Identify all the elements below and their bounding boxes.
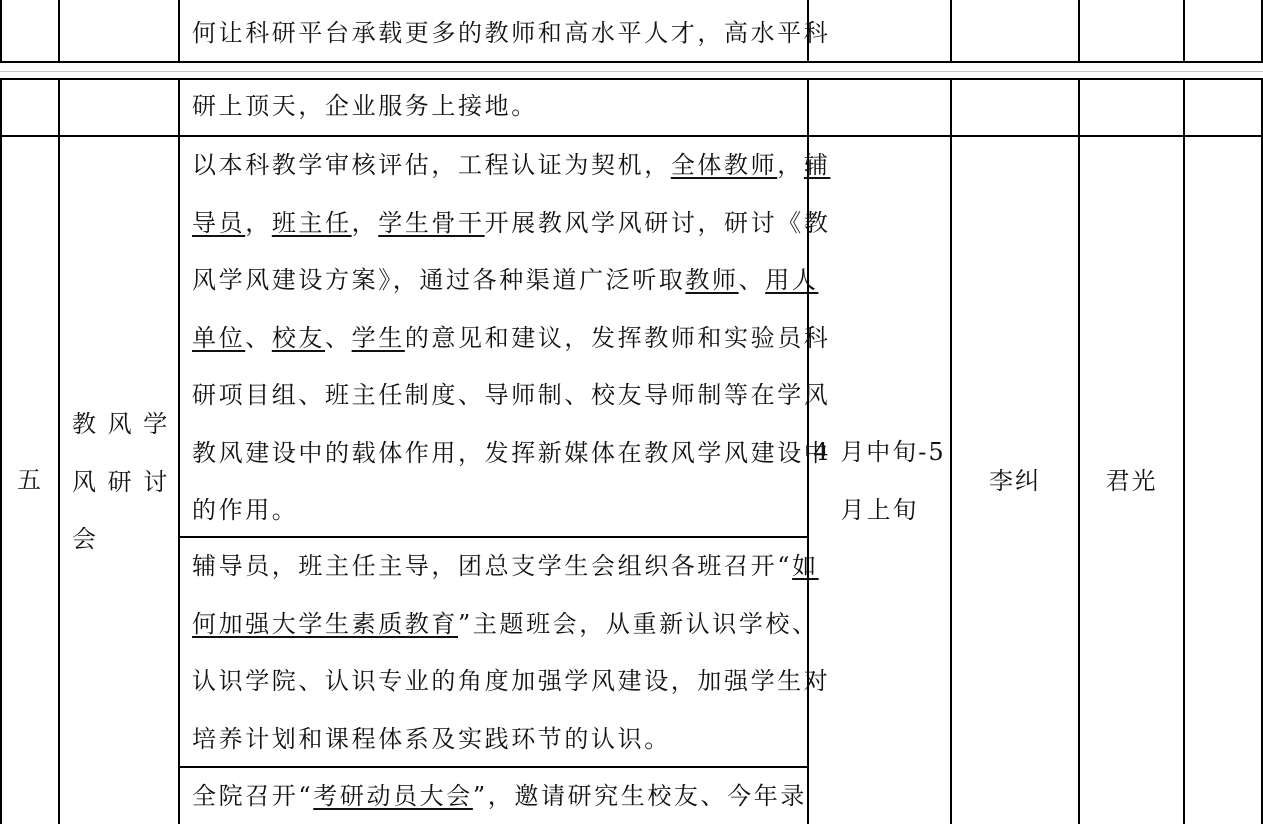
text-run: 认识学院、认识专业的角度加强学风建设，加强学生对 xyxy=(192,667,830,695)
underlined-text: 如 xyxy=(792,552,819,580)
table-border xyxy=(178,78,180,824)
text-run: 培养计划和课程体系及实践环节的认识。 xyxy=(192,725,671,753)
table-border xyxy=(178,0,180,63)
text-run: 、 xyxy=(325,324,352,352)
continuation-line: 研上顶天，企业服务上接地。 xyxy=(192,78,538,136)
underlined-text: 何加强大学生素质教育 xyxy=(192,610,458,638)
text-run: ， xyxy=(352,209,379,237)
underlined-text: 教师 xyxy=(685,266,738,294)
responsible-person-text: 李纠 xyxy=(989,453,1041,511)
text-run: ”，邀请研究生校友、今年录 xyxy=(473,782,807,810)
underlined-text: 学生骨干 xyxy=(378,209,484,237)
text-run: 、 xyxy=(245,324,272,352)
content-line: 认识学院、认识专业的角度加强学风建设，加强学生对 xyxy=(192,653,830,711)
table-border xyxy=(1183,0,1185,63)
table-border xyxy=(950,78,952,824)
table-border xyxy=(0,78,1263,80)
row-number: 五 xyxy=(2,137,58,824)
text-run: 风学风建设方案》，通过各种渠道广泛听取 xyxy=(192,266,685,294)
table-border xyxy=(58,78,60,824)
row-number-text: 五 xyxy=(17,452,43,510)
text-run: 、 xyxy=(739,266,766,294)
item-name-line: 会 xyxy=(72,511,178,569)
content-block-3: 全院召开“考研动员大会”，邀请研究生校友、今年录 xyxy=(192,768,807,824)
content-line: 培养计划和课程体系及实践环节的认识。 xyxy=(192,711,830,769)
text-run: 教风建设中的载体作用，发挥新媒体在教风学风建设中 xyxy=(192,439,830,467)
underlined-text: 班主任 xyxy=(272,209,352,237)
underlined-text: 导员 xyxy=(192,209,245,237)
underlined-text: 学生 xyxy=(352,324,405,352)
underlined-text: 单位 xyxy=(192,324,245,352)
text-run: 全院召开“ xyxy=(192,782,313,810)
table-border xyxy=(1078,78,1080,824)
content-block-1: 以本科教学审核评估，工程认证为契机，全体教师，辅导员，班主任，学生骨干开展教风学… xyxy=(192,137,830,540)
underlined-text: 辅 xyxy=(804,151,831,179)
content-block-2: 辅导员，班主任主导，团总支学生会组织各班召开“如何加强大学生素质教育”主题班会，… xyxy=(192,538,830,768)
table-border xyxy=(58,0,60,63)
content-line: 的作用。 xyxy=(192,482,830,540)
content-line: 全院召开“考研动员大会”，邀请研究生校友、今年录 xyxy=(192,768,807,824)
underlined-text: 全体教师 xyxy=(671,151,777,179)
content-line: 研项目组、班主任制度、导师制、校友导师制等在学风 xyxy=(192,367,830,425)
underlined-text: 用人 xyxy=(765,266,818,294)
remark-cell xyxy=(1185,137,1261,824)
page-separator xyxy=(0,71,1263,72)
text-run: ， xyxy=(245,209,272,237)
item-name-line: 教 风 学 xyxy=(72,396,178,454)
underlined-text: 校友 xyxy=(272,324,325,352)
text-run: 辅导员，班主任主导，团总支学生会组织各班召开“ xyxy=(192,552,792,580)
text-run: 的意见和建议，发挥教师和实验员科 xyxy=(405,324,831,352)
text-run: 研项目组、班主任制度、导师制、校友导师制等在学风 xyxy=(192,381,830,409)
content-line: 单位、校友、学生的意见和建议，发挥教师和实验员科 xyxy=(192,310,830,368)
item-name: 教 风 学 风 研 讨 会 xyxy=(72,396,178,569)
item-name-line: 风 研 讨 xyxy=(72,454,178,512)
time-cell: 4 月中旬-5 月上旬 xyxy=(809,424,950,539)
table-border xyxy=(950,0,952,63)
text-run: 开展教风学风研讨，研讨《教 xyxy=(485,209,831,237)
text-run: 的作用。 xyxy=(192,496,298,524)
table-border xyxy=(1078,0,1080,63)
time-line: 4 月中旬-5 xyxy=(809,424,950,482)
text-run: ”主题班会，从重新认识学校、 xyxy=(458,610,819,638)
content-line: 教风建设中的载体作用，发挥新媒体在教风学风建设中 xyxy=(192,425,830,483)
content-line: 以本科教学审核评估，工程认证为契机，全体教师，辅 xyxy=(192,137,830,195)
content-line: 风学风建设方案》，通过各种渠道广泛听取教师、用人 xyxy=(192,252,830,310)
coordinator-text: 君光 xyxy=(1106,453,1158,511)
content-line: 何加强大学生素质教育”主题班会，从重新认识学校、 xyxy=(192,596,830,654)
coordinator: 君光 xyxy=(1080,453,1183,510)
content-line: 何让科研平台承载更多的教师和高水平人才，高水平科 xyxy=(192,5,830,63)
text-run: 以本科教学审核评估，工程认证为契机， xyxy=(192,151,671,179)
text-run: ， xyxy=(777,151,804,179)
responsible-person: 李纠 xyxy=(952,453,1078,510)
content-line: 导员，班主任，学生骨干开展教风学风研讨，研讨《教 xyxy=(192,195,830,253)
content-line: 辅导员，班主任主导，团总支学生会组织各班召开“如 xyxy=(192,538,830,596)
underlined-text: 考研动员大会 xyxy=(313,782,473,810)
time-line: 月上旬 xyxy=(809,482,950,540)
table-border xyxy=(0,0,2,63)
